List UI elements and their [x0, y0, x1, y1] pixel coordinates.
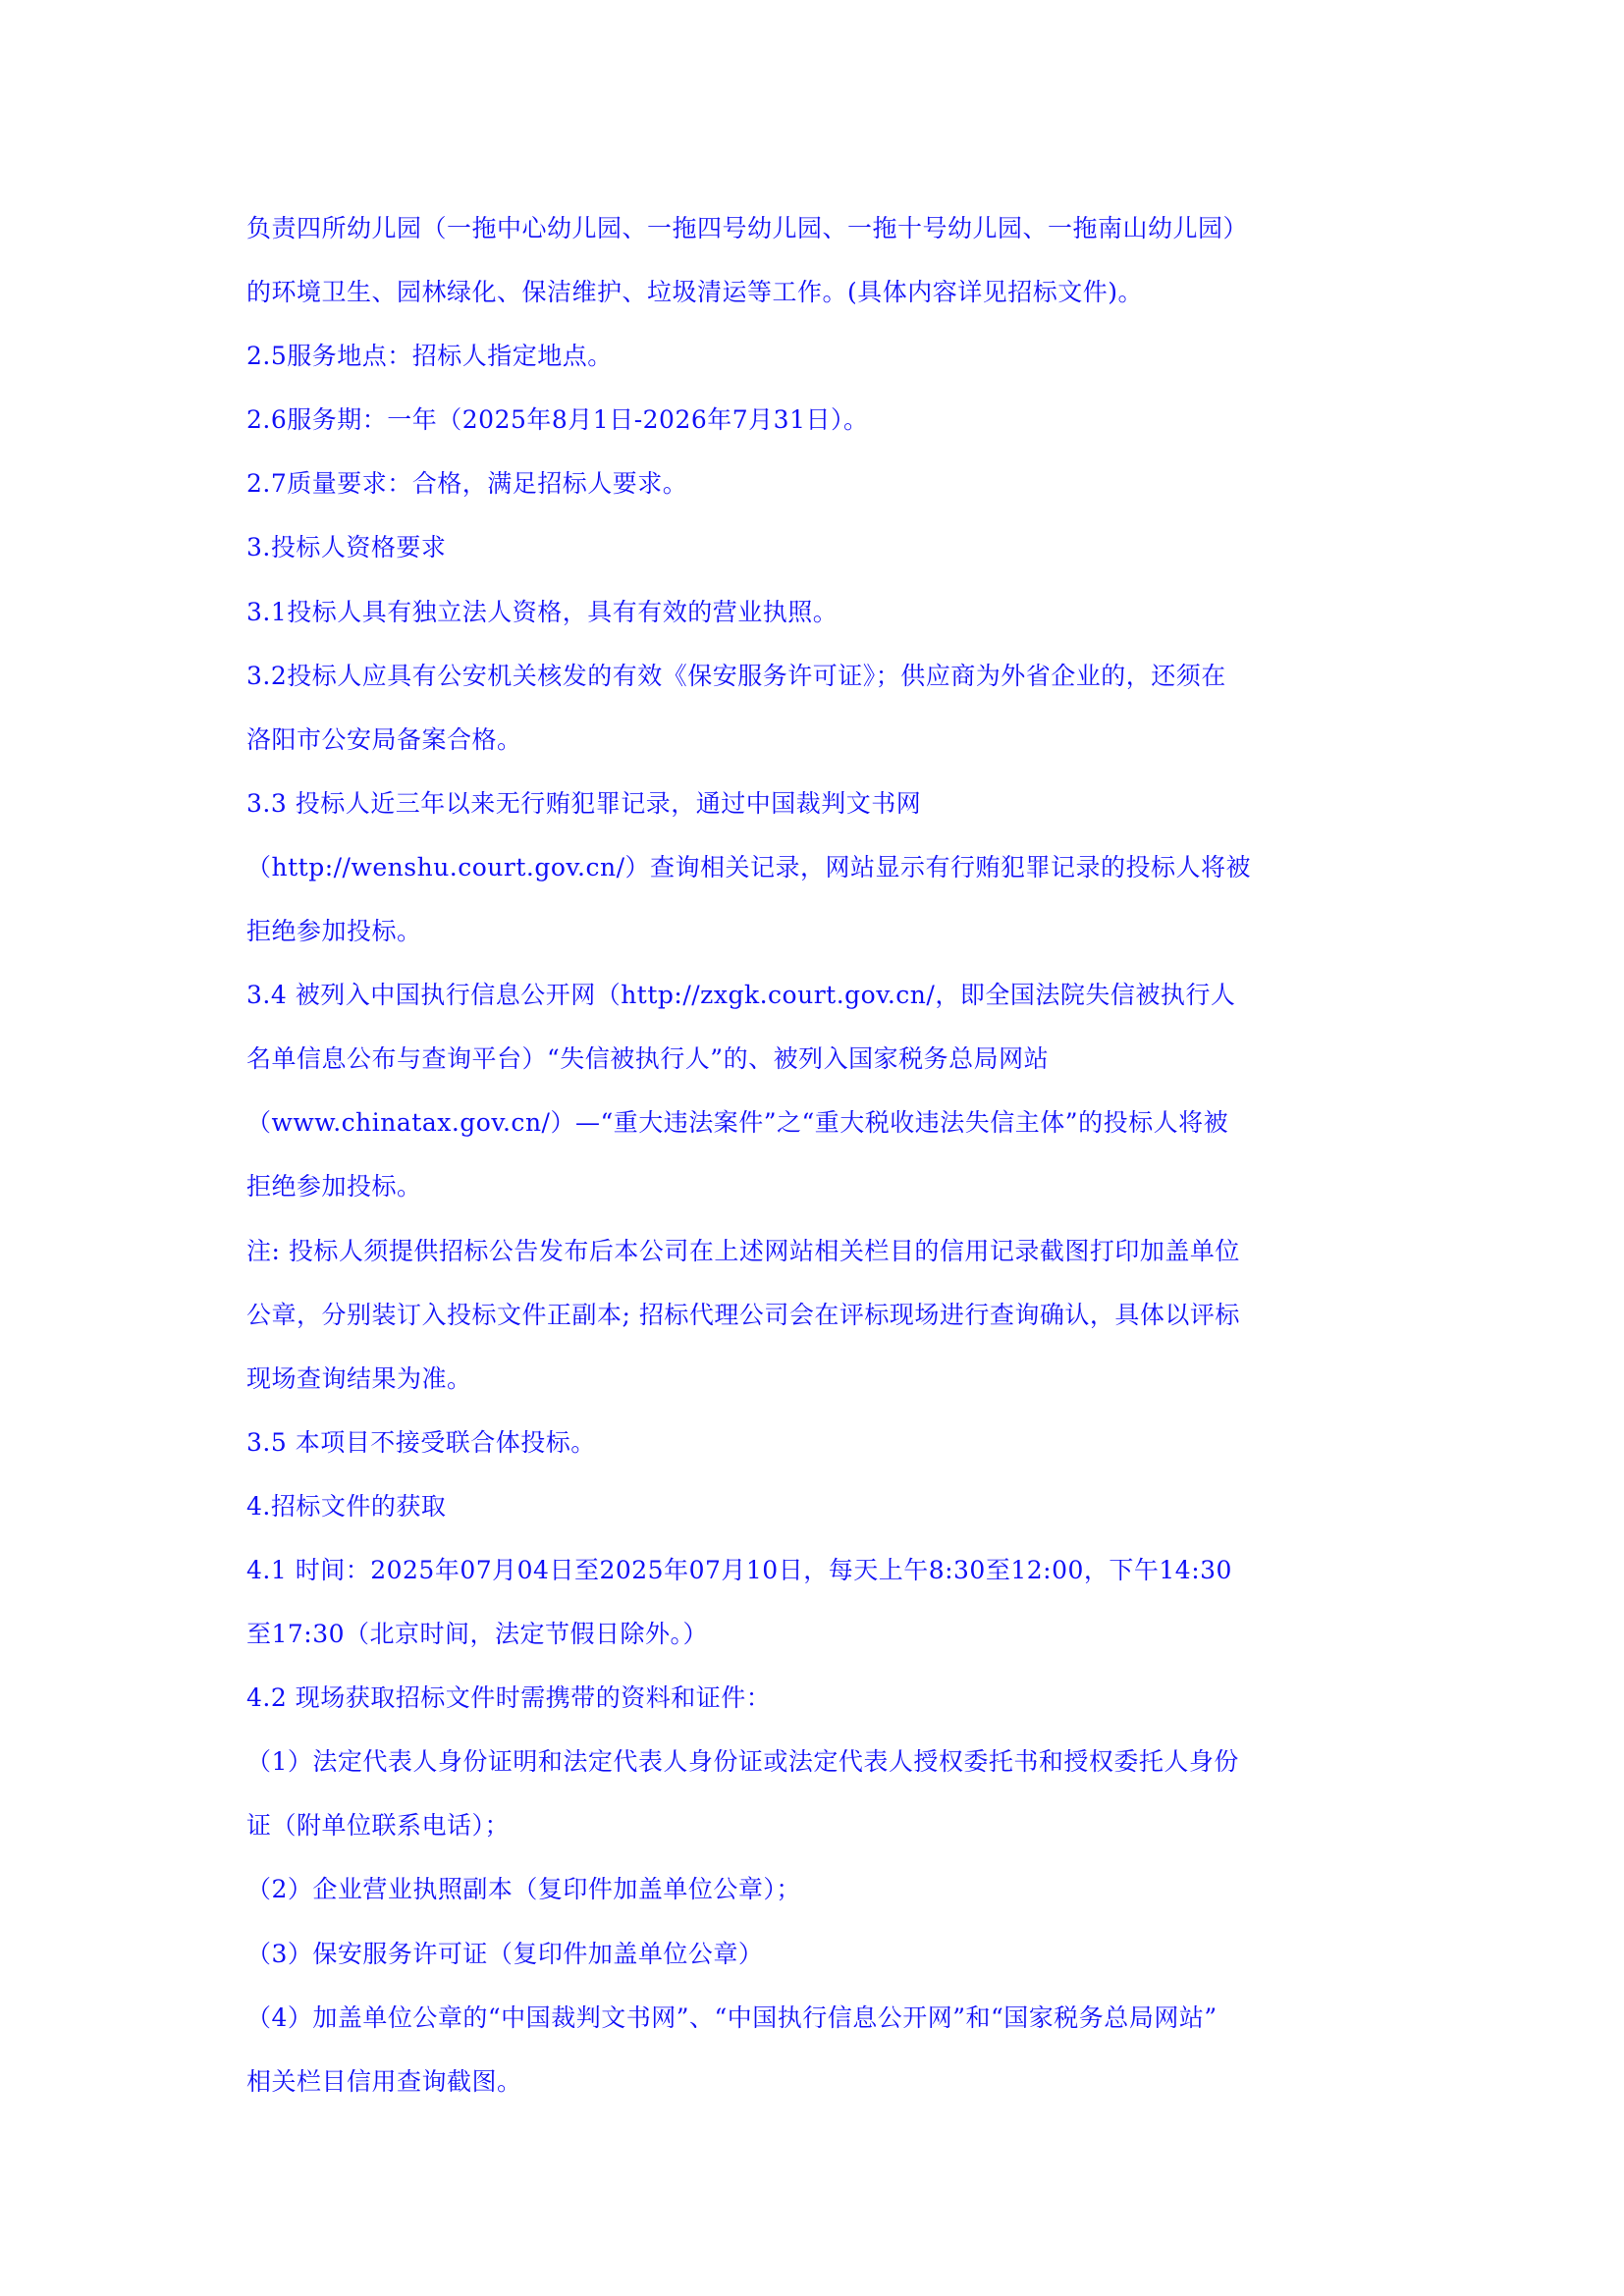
section-3-4-line-4: 拒绝参加投标。: [246, 1169, 1385, 1233]
requirement-1-line-1: （1）法定代表人身份证明和法定代表人身份证或法定代表人授权委托书和授权委托人身份: [246, 1744, 1385, 1808]
section-3-3-line-3: 拒绝参加投标。: [246, 914, 1385, 978]
requirement-4-line-1: （4）加盖单位公章的“中国裁判文书网”、“中国执行信息公开网”和“国家税务总局网…: [246, 2001, 1385, 2064]
requirement-3: （3）保安服务许可证（复印件加盖单位公章）: [246, 1937, 1385, 2001]
requirement-2: （2）企业营业执照副本（复印件加盖单位公章）；: [246, 1872, 1385, 1936]
note-line-1: 注: 投标人须提供招标公告发布后本公司在上述网站相关栏目的信用记录截图打印加盖单…: [246, 1234, 1385, 1298]
paragraph-line-scope-continued: 负责四所幼儿园（一拖中心幼儿园、一拖四号幼儿园、一拖十号幼儿园、一拖南山幼儿园）: [246, 211, 1385, 275]
section-3-1: 3.1投标人具有独立法人资格，具有有效的营业执照。: [246, 595, 1385, 659]
section-2-7-quality-requirement: 2.7质量要求：合格，满足招标人要求。: [246, 466, 1385, 530]
requirement-4-line-2: 相关栏目信用查询截图。: [246, 2064, 1385, 2128]
section-3-2-line-1: 3.2投标人应具有公安机关核发的有效《保安服务许可证》；供应商为外省企业的，还须…: [246, 659, 1385, 722]
section-3-5: 3.5 本项目不接受联合体投标。: [246, 1425, 1385, 1489]
section-4-1-line-2: 至17:30（北京时间，法定节假日除外。）: [246, 1617, 1385, 1681]
section-3-2-line-2: 洛阳市公安局备案合格。: [246, 722, 1385, 786]
paragraph-line-scope-end: 的环境卫生、园林绿化、保洁维护、垃圾清运等工作。(具体内容详见招标文件)。: [246, 275, 1385, 339]
section-3-heading: 3.投标人资格要求: [246, 530, 1385, 594]
section-4-heading: 4.招标文件的获取: [246, 1489, 1385, 1553]
section-3-4-line-1: 3.4 被列入中国执行信息公开网（http://zxgk.court.gov.c…: [246, 978, 1385, 1041]
section-2-6-service-period: 2.6服务期：一年（2025年8月1日-2026年7月31日）。: [246, 402, 1385, 466]
section-4-1-line-1: 4.1 时间：2025年07月04日至2025年07月10日，每天上午8:30至…: [246, 1553, 1385, 1617]
section-3-4-line-3: （www.chinatax.gov.cn/）—“重大违法案件”之“重大税收违法失…: [246, 1105, 1385, 1169]
document-body: 负责四所幼儿园（一拖中心幼儿园、一拖四号幼儿园、一拖十号幼儿园、一拖南山幼儿园）…: [246, 211, 1385, 2128]
section-4-2-heading: 4.2 现场获取招标文件时需携带的资料和证件：: [246, 1681, 1385, 1744]
section-2-5-service-location: 2.5服务地点：招标人指定地点。: [246, 339, 1385, 402]
note-line-2: 公章，分别装订入投标文件正副本; 招标代理公司会在评标现场进行查询确认，具体以评…: [246, 1298, 1385, 1362]
note-line-3: 现场查询结果为准。: [246, 1362, 1385, 1425]
document-page: 负责四所幼儿园（一拖中心幼儿园、一拖四号幼儿园、一拖十号幼儿园、一拖南山幼儿园）…: [0, 0, 1624, 2296]
requirement-1-line-2: 证（附单位联系电话）；: [246, 1808, 1385, 1872]
section-3-3-line-1: 3.3 投标人近三年以来无行贿犯罪记录，通过中国裁判文书网: [246, 786, 1385, 850]
section-3-4-line-2: 名单信息公布与查询平台）“失信被执行人”的、被列入国家税务总局网站: [246, 1041, 1385, 1105]
section-3-3-line-2: （http://wenshu.court.gov.cn/）查询相关记录，网站显示…: [246, 850, 1385, 914]
